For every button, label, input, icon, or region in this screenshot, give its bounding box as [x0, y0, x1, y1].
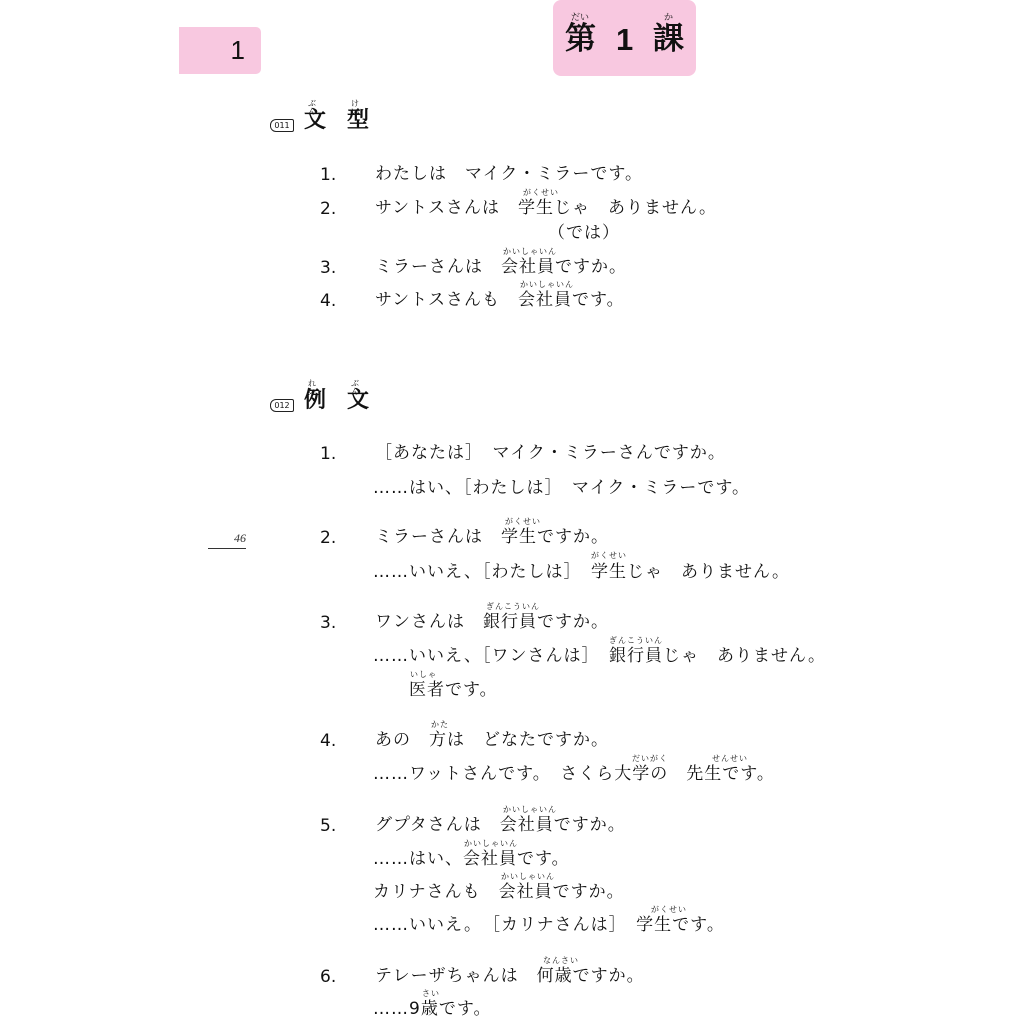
question: テレーザちゃんは 何歳ですか。	[375, 968, 645, 985]
answer: ……はい、会社員です。	[373, 851, 570, 868]
item-number: 1.	[320, 446, 336, 463]
sentence: ミラーさんは 会社員ですか。	[375, 259, 627, 276]
answer-continued: 医者です。	[409, 682, 498, 699]
lesson-title-dai: 第	[565, 24, 596, 55]
furigana: がくせい	[591, 552, 627, 560]
item-number: 4.	[320, 293, 336, 310]
question: ミラーさんは 学生ですか。	[375, 529, 609, 546]
sentence: サントスさんは 学生じゃ ありません。	[375, 200, 717, 217]
question: カリナさんも 会社員ですか。	[373, 884, 625, 901]
item-number: 3.	[320, 260, 336, 277]
furigana: かた	[431, 721, 449, 729]
item-number: 1.	[320, 167, 336, 184]
furigana: がくせい	[523, 189, 559, 197]
answer: ……いいえ、［ワンさんは］ 銀行員じゃ ありません。	[373, 648, 826, 665]
furigana: なんさい	[543, 957, 579, 965]
section-title-char: 文	[304, 110, 326, 132]
chapter-number: 1	[231, 35, 245, 66]
answer: ……いいえ、［わたしは］ 学生じゃ ありません。	[373, 564, 790, 581]
chapter-side-tab: 1	[179, 27, 261, 74]
item-number: 2.	[320, 530, 336, 547]
answer: ……ワットさんです。 さくら大学の 先生です。	[373, 766, 775, 783]
furigana: かいしゃいん	[520, 281, 574, 289]
sentence: わたしは マイク・ミラーです。	[375, 166, 643, 183]
item-number: 2.	[320, 201, 336, 218]
sentence: サントスさんも 会社員です。	[375, 292, 625, 309]
furigana: がくせい	[651, 906, 687, 914]
furigana: さい	[422, 990, 440, 998]
answer: ……はい、［わたしは］ マイク・ミラーです。	[373, 480, 750, 497]
furigana: ぎんこういん	[609, 637, 663, 645]
furigana: いしゃ	[410, 671, 437, 679]
lesson-title-number: 1	[616, 24, 633, 55]
furigana: かいしゃいん	[503, 248, 557, 256]
answer: ……いいえ。 ［カリナさんは］ 学生です。	[373, 917, 725, 934]
sentence-alt: （では）	[548, 225, 620, 242]
section-title-char: 文	[347, 390, 369, 412]
audio-track-badge[interactable]: 012	[270, 399, 294, 412]
page-number: 46	[208, 531, 246, 549]
audio-track-badge[interactable]: 011	[270, 119, 294, 132]
furigana: かいしゃいん	[464, 840, 518, 848]
item-number: 3.	[320, 615, 336, 632]
lesson-title: だい か 第 1 課	[553, 0, 696, 76]
furigana: かいしゃいん	[501, 873, 555, 881]
question: ワンさんは 銀行員ですか。	[375, 614, 609, 631]
item-number: 5.	[320, 818, 336, 835]
section-title-char: 例	[304, 390, 326, 412]
question: ［あなたは］ マイク・ミラーさんですか。	[375, 445, 726, 462]
furigana: かいしゃいん	[503, 806, 557, 814]
question: グプタさんは 会社員ですか。	[375, 817, 626, 834]
furigana: がくせい	[505, 518, 541, 526]
lesson-title-ka: 課	[653, 24, 684, 55]
furigana: だいがく	[632, 755, 668, 763]
furigana: ぎんこういん	[486, 603, 540, 611]
furigana: せんせい	[712, 755, 748, 763]
section-title-char: 型	[347, 110, 369, 132]
item-number: 4.	[320, 733, 336, 750]
answer: ……9歳です。	[373, 1001, 491, 1018]
item-number: 6.	[320, 969, 336, 986]
question: あの 方は どなたですか。	[375, 732, 609, 749]
